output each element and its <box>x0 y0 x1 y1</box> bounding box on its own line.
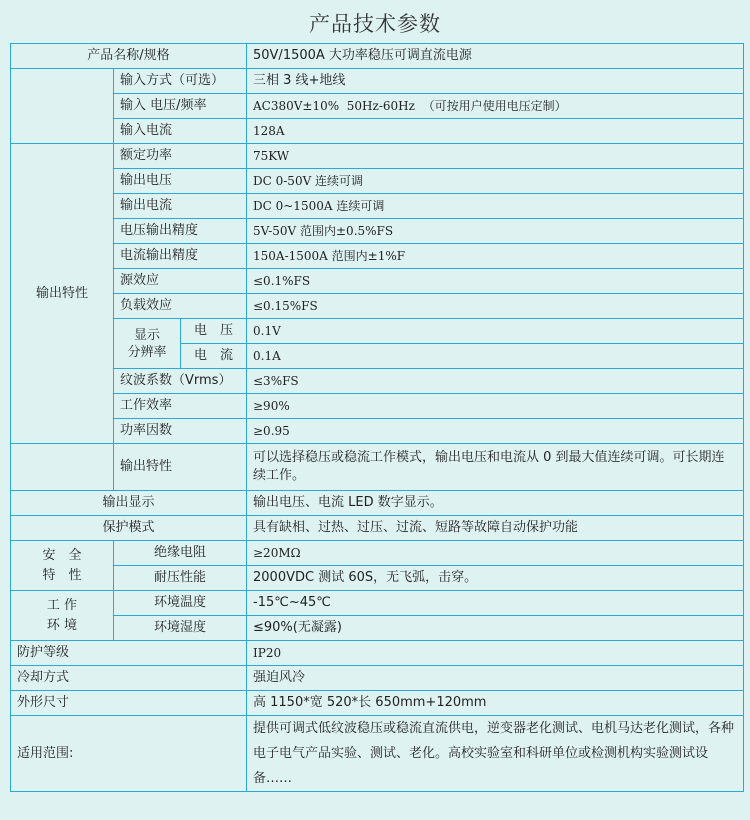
label-cooling: 冷却方式 <box>11 666 247 691</box>
table-row-output-display: 输出显示 输出电压、电流 LED 数字显示。 <box>11 491 744 516</box>
table-row-dimensions: 外形尺寸 高 1150*宽 520*长 650mm+120mm <box>11 691 744 716</box>
value-efficiency: ≥90% <box>247 394 744 419</box>
label-power-factor: 功率因数 <box>114 419 247 444</box>
table-row-current-accuracy: 电流输出精度 150A-1500A 范围内±1%F <box>11 244 744 269</box>
value-voltage-accuracy: 5V-50V 范围内±0.5%FS <box>247 219 744 244</box>
label-humidity: 环境湿度 <box>114 616 247 641</box>
value-rated-power: 75KW <box>247 144 744 169</box>
value-insulation: ≥20MΩ <box>247 541 744 566</box>
label-withstand: 耐压性能 <box>114 566 247 591</box>
label-source-effect: 源效应 <box>114 269 247 294</box>
label-display-resolution: 显示 分辨率 <box>114 319 181 369</box>
table-row-protection: 保护模式 具有缺相、过热、过压、过流、短路等故障自动保护功能 <box>11 516 744 541</box>
label-product-name: 产品名称/规格 <box>11 44 247 69</box>
table-row-resolution-voltage: 显示 分辨率 电 压 0.1V <box>11 319 744 344</box>
table-row-ripple: 纹波系数（Vrms） ≤3%FS <box>11 369 744 394</box>
output-group-label: 输出特性 <box>11 144 114 444</box>
value-output-voltage: DC 0-50V 连续可调 <box>247 169 744 194</box>
table-row-ip: 防护等级 IP20 <box>11 641 744 666</box>
value-resolution-voltage: 0.1V <box>247 319 744 344</box>
input-group-cell <box>11 69 114 144</box>
label-input-voltage: 输入 电压/频率 <box>114 94 247 119</box>
label-environment: 工 作 环 境 <box>11 591 114 641</box>
page-title: 产品技术参数 <box>0 8 750 38</box>
resolution-line1: 显示 <box>134 328 160 343</box>
value-scope: 提供可调式低纹波稳压或稳流直流供电，逆变器老化测试、电机马达老化测试，各种电子电… <box>247 716 744 792</box>
label-resolution-current: 电 流 <box>181 344 247 369</box>
value-product-name: 50V/1500A 大功率稳压可调直流电源 <box>247 44 744 69</box>
value-withstand: 2000VDC 测试 60S，无飞弧，击穿。 <box>247 566 744 591</box>
label-output-char: 输出特性 <box>114 444 247 491</box>
label-insulation: 绝缘电阻 <box>114 541 247 566</box>
table-row-output-current: 输出电流 DC 0~1500A 连续可调 <box>11 194 744 219</box>
environment-line1: 工 作 <box>47 598 77 613</box>
table-row-product-name: 产品名称/规格 50V/1500A 大功率稳压可调直流电源 <box>11 44 744 69</box>
label-output-current: 输出电流 <box>114 194 247 219</box>
label-dimensions: 外形尺寸 <box>11 691 247 716</box>
table-row-source-effect: 源效应 ≤0.1%FS <box>11 269 744 294</box>
table-row-temperature: 工 作 环 境 环境温度 -15℃~45℃ <box>11 591 744 616</box>
value-input-mode: 三相 3 线+地线 <box>247 69 744 94</box>
label-protection: 保护模式 <box>11 516 247 541</box>
table-row-insulation: 安 全 特 性 绝缘电阻 ≥20MΩ <box>11 541 744 566</box>
environment-line2: 环 境 <box>47 618 77 633</box>
label-temperature: 环境温度 <box>114 591 247 616</box>
output-char-empty-cell <box>11 444 114 491</box>
resolution-line2: 分辨率 <box>127 345 166 360</box>
label-output-display: 输出显示 <box>11 491 247 516</box>
value-output-char: 可以选择稳压或稳流工作模式，输出电压和电流从 0 到最大值连续可调。可长期连续工… <box>247 444 744 491</box>
label-current-accuracy: 电流输出精度 <box>114 244 247 269</box>
label-load-effect: 负载效应 <box>114 294 247 319</box>
table-row-efficiency: 工作效率 ≥90% <box>11 394 744 419</box>
label-input-current: 输入电流 <box>114 119 247 144</box>
label-ip: 防护等级 <box>11 641 247 666</box>
value-input-voltage: AC380V±10% 50Hz-60Hz （可按用户使用电压定制） <box>247 94 744 119</box>
value-temperature: -15℃~45℃ <box>247 591 744 616</box>
value-source-effect: ≤0.1%FS <box>247 269 744 294</box>
value-output-current: DC 0~1500A 连续可调 <box>247 194 744 219</box>
table-row-cooling: 冷却方式 强迫风冷 <box>11 666 744 691</box>
label-resolution-voltage: 电 压 <box>181 319 247 344</box>
table-row-output-voltage: 输出电压 DC 0-50V 连续可调 <box>11 169 744 194</box>
table-row-output-characteristics: 输出特性 可以选择稳压或稳流工作模式，输出电压和电流从 0 到最大值连续可调。可… <box>11 444 744 491</box>
value-power-factor: ≥0.95 <box>247 419 744 444</box>
table-row-load-effect: 负载效应 ≤0.15%FS <box>11 294 744 319</box>
table-row-humidity: 环境湿度 ≤90%(无凝露) <box>11 616 744 641</box>
table-row-input-current: 输入电流 128A <box>11 119 744 144</box>
label-input-mode: 输入方式（可选） <box>114 69 247 94</box>
value-protection: 具有缺相、过热、过压、过流、短路等故障自动保护功能 <box>247 516 744 541</box>
label-voltage-accuracy: 电压输出精度 <box>114 219 247 244</box>
label-output-voltage: 输出电压 <box>114 169 247 194</box>
label-rated-power: 额定功率 <box>114 144 247 169</box>
value-resolution-current: 0.1A <box>247 344 744 369</box>
table-row-input-voltage: 输入 电压/频率 AC380V±10% 50Hz-60Hz （可按用户使用电压定… <box>11 94 744 119</box>
value-load-effect: ≤0.15%FS <box>247 294 744 319</box>
value-input-current: 128A <box>247 119 744 144</box>
label-ripple: 纹波系数（Vrms） <box>114 369 247 394</box>
safety-line2: 特 性 <box>42 568 81 583</box>
value-ripple: ≤3%FS <box>247 369 744 394</box>
value-dimensions: 高 1150*宽 520*长 650mm+120mm <box>247 691 744 716</box>
spec-table: 产品名称/规格 50V/1500A 大功率稳压可调直流电源 输入方式（可选） 三… <box>10 43 744 792</box>
table-row-power-factor: 功率因数 ≥0.95 <box>11 419 744 444</box>
safety-line1: 安 全 <box>42 548 81 563</box>
label-efficiency: 工作效率 <box>114 394 247 419</box>
table-row-scope: 适用范围: 提供可调式低纹波稳压或稳流直流供电，逆变器老化测试、电机马达老化测试… <box>11 716 744 792</box>
label-scope: 适用范围: <box>11 716 247 792</box>
value-output-display: 输出电压、电流 LED 数字显示。 <box>247 491 744 516</box>
value-ip: IP20 <box>247 641 744 666</box>
value-current-accuracy: 150A-1500A 范围内±1%F <box>247 244 744 269</box>
label-safety: 安 全 特 性 <box>11 541 114 591</box>
table-row-withstand: 耐压性能 2000VDC 测试 60S，无飞弧，击穿。 <box>11 566 744 591</box>
value-humidity: ≤90%(无凝露) <box>247 616 744 641</box>
value-cooling: 强迫风冷 <box>247 666 744 691</box>
table-row-input-mode: 输入方式（可选） 三相 3 线+地线 <box>11 69 744 94</box>
table-row-rated-power: 输出特性 额定功率 75KW <box>11 144 744 169</box>
table-row-voltage-accuracy: 电压输出精度 5V-50V 范围内±0.5%FS <box>11 219 744 244</box>
